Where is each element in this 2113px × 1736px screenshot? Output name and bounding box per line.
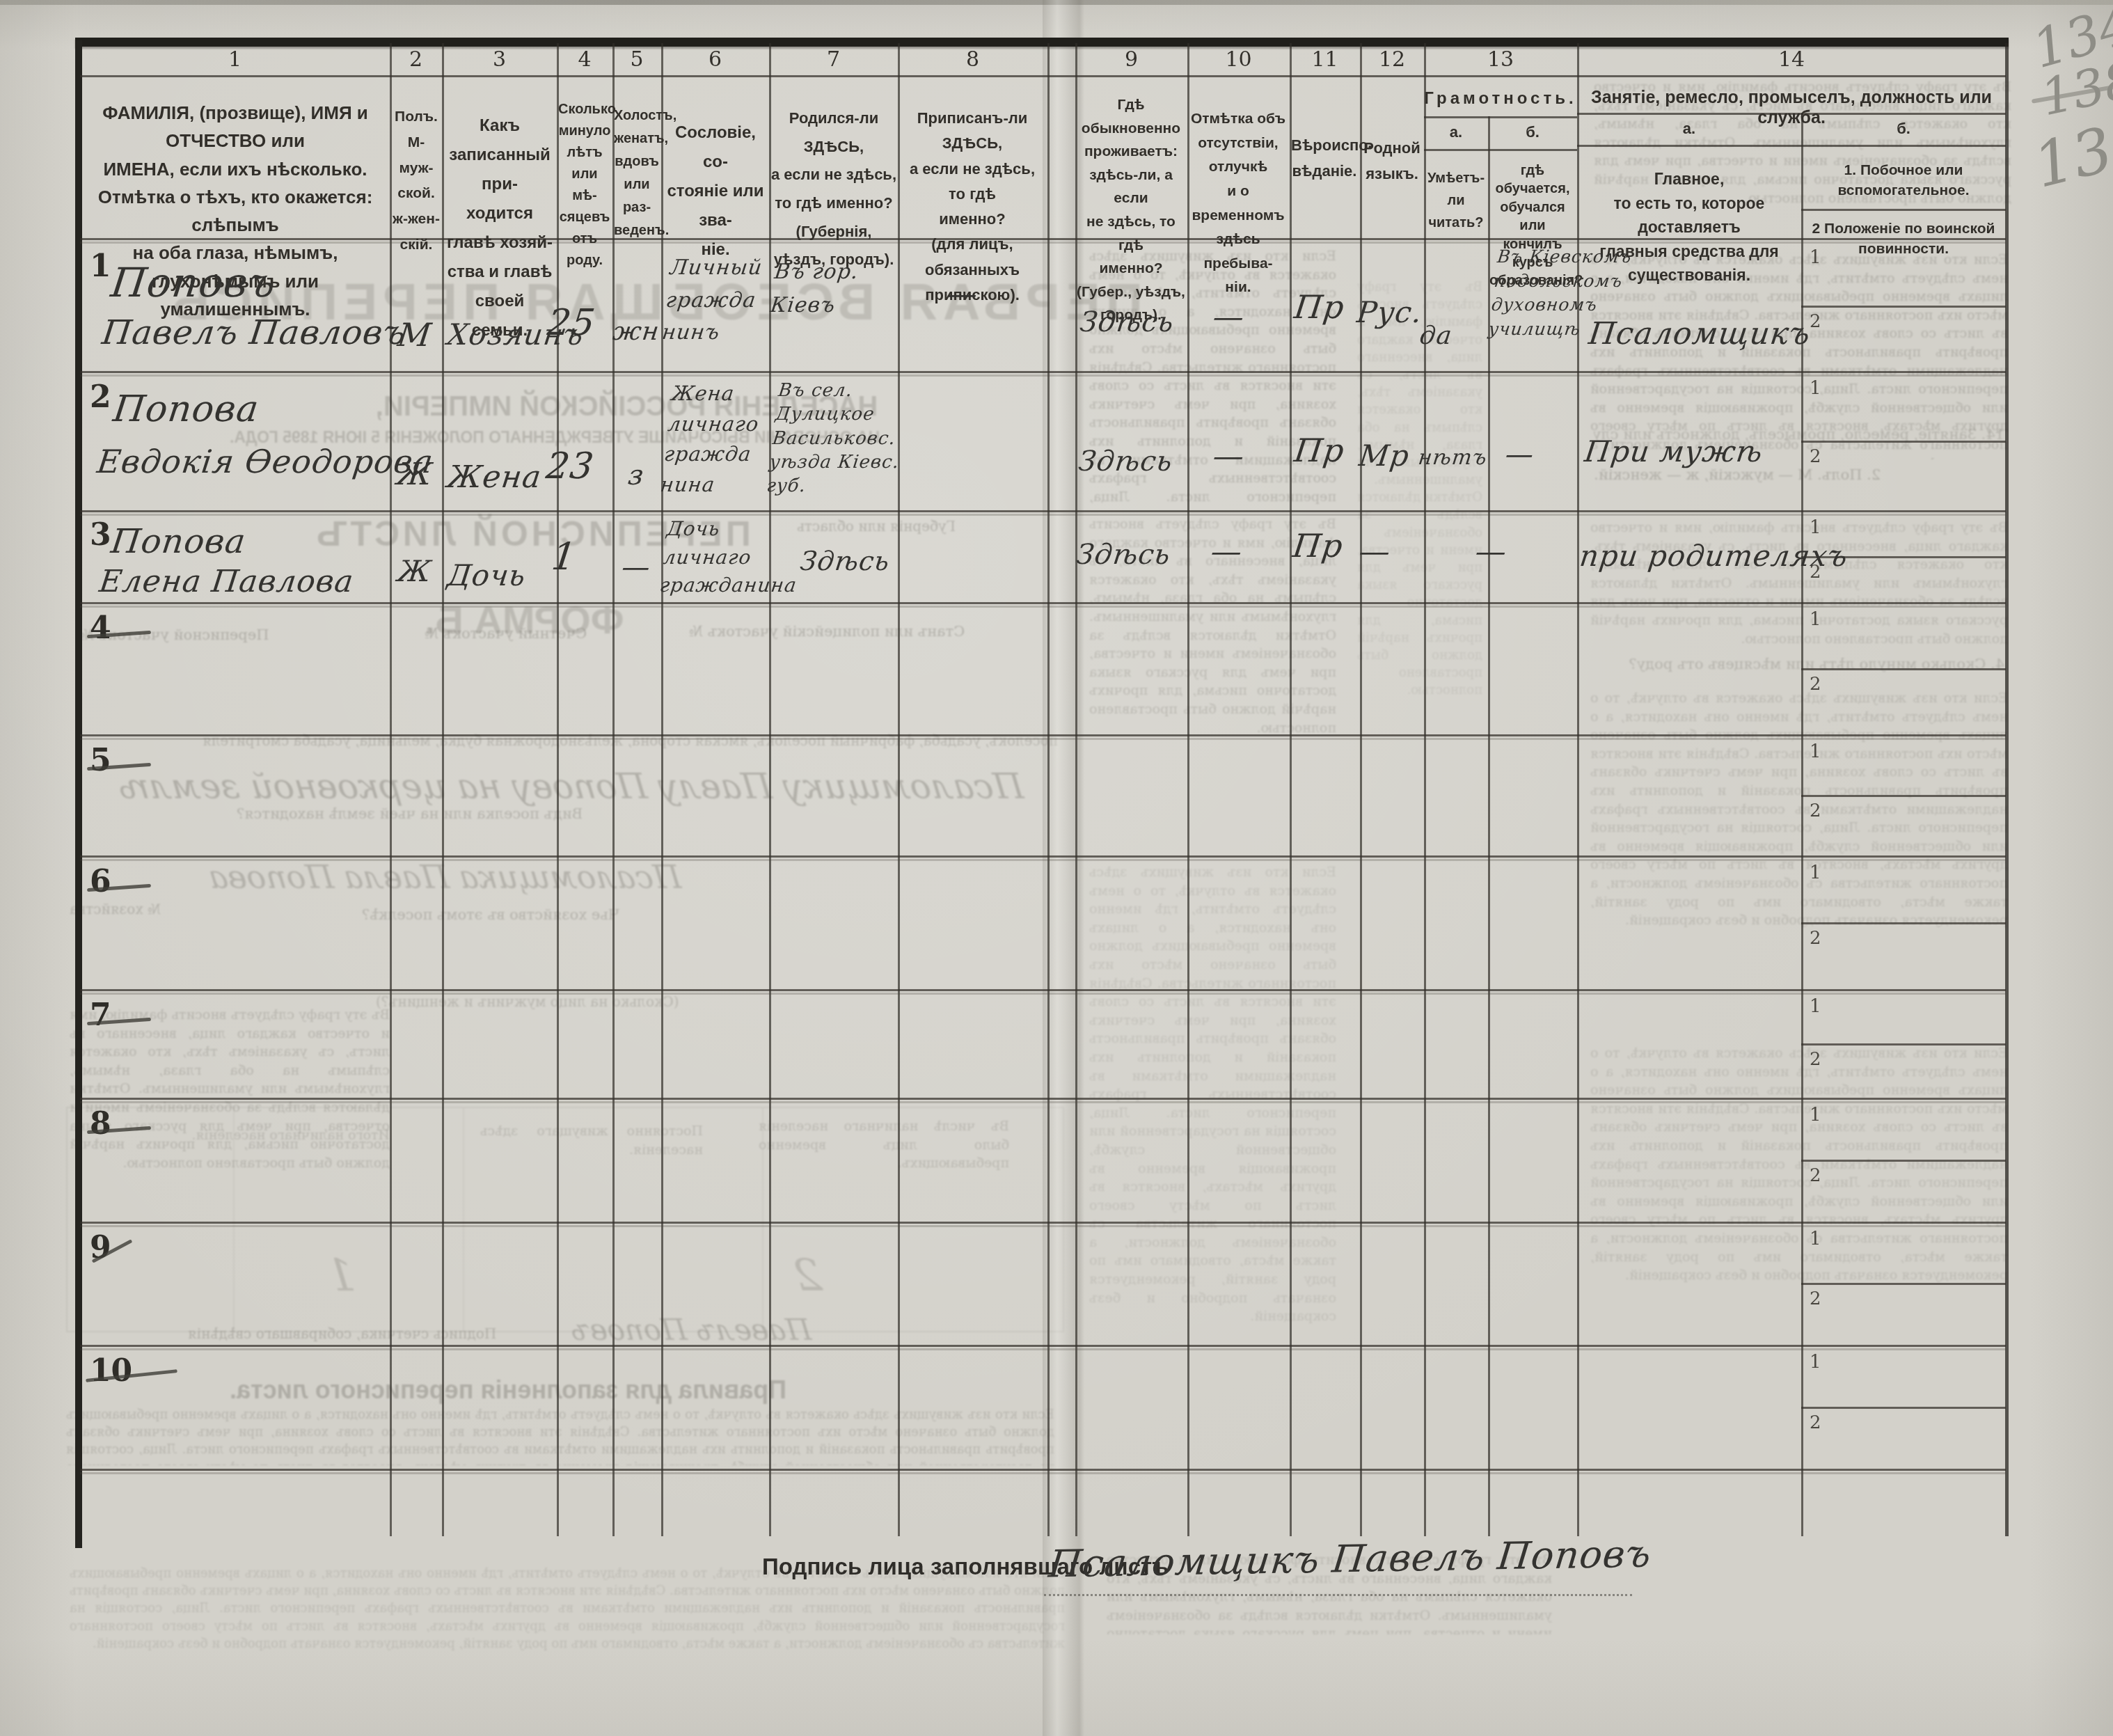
entry-age: 23 <box>544 445 596 487</box>
entry-sex: Ж <box>388 554 442 588</box>
header-col2: Полъ. М-муж- ской. ж-жен- скій. <box>391 104 441 258</box>
entry-literate: нѣтъ <box>1417 445 1489 470</box>
grid-line <box>1801 1283 2006 1285</box>
grid-line <box>80 1345 2006 1347</box>
sub-label-2: 2 <box>1810 1412 1821 1433</box>
entry-education: — <box>1503 439 1536 471</box>
entry-estate: Личный гражда нинъ <box>660 252 764 349</box>
header-col14b-2: 2 Положеніе по воинской повинности. <box>1804 219 2003 260</box>
row-number: 8 <box>90 1106 111 1142</box>
grid-line <box>442 43 444 1536</box>
header-col9: Гдѣ обыкновенно проживаетъ: здѣсь-ли, а … <box>1077 93 1185 327</box>
header-col14a-label: а. <box>1577 120 1801 138</box>
grid-line <box>1801 1407 2006 1409</box>
sub-label-2: 2 <box>1810 1165 1821 1186</box>
entry-absence: — <box>1209 534 1244 569</box>
header-col14b-1: 1. Побочное или вспомогательное. <box>1804 160 2003 201</box>
census-table: 1 2 3 4 5 6 7 8 9 10 11 12 13 14 ФАМИЛІЯ… <box>80 43 2006 1538</box>
grid-line <box>390 43 392 1536</box>
grid-line <box>1047 43 1050 1536</box>
entry-surname: Попова <box>109 522 248 561</box>
grid-line <box>80 1222 2006 1224</box>
column-number: 7 <box>769 47 898 72</box>
census-sheet-scan: ПЕРВАЯ ВСЕОБЩАЯ ПЕРЕПИСЬ НАСЕЛЕНІЯ РОССІ… <box>0 0 2113 1736</box>
sub-label-2: 2 <box>1810 928 1821 949</box>
entry-relation: Жена <box>445 459 544 495</box>
grid-line <box>1360 43 1362 1536</box>
entry-residence: Здѣсь <box>1078 306 1176 338</box>
entry-age: 25 <box>545 302 598 344</box>
entry-marital: з <box>610 459 662 491</box>
column-number: 2 <box>390 47 442 72</box>
sub-label-1: 1 <box>1810 1352 1821 1373</box>
column-number: 4 <box>557 47 612 72</box>
grid-line <box>80 75 2006 77</box>
header-col13-title: Грамотность. <box>1424 89 1577 109</box>
header-col6: Сословіе, со- стояніе или зва- ніе. <box>663 118 768 265</box>
sub-label-1: 1 <box>1810 247 1821 268</box>
column-number: 3 <box>442 47 557 72</box>
grid-line <box>1801 1043 2006 1045</box>
entry-marital: — <box>610 551 662 583</box>
header-col12: Родной языкъ. <box>1361 135 1423 187</box>
header-col3: Какъ записанный при- ходится главѣ хозяй… <box>445 111 555 345</box>
entry-occupation: при родителяхъ <box>1578 539 1850 573</box>
column-number: 14 <box>1577 47 2006 72</box>
row-number: 6 <box>90 864 111 899</box>
entry-religion: Пр <box>1292 288 1347 326</box>
header-col5: Холостъ, женатъ, вдовъ или раз- веденъ. <box>614 104 660 242</box>
column-number: 10 <box>1187 47 1290 72</box>
grid-line <box>80 510 2006 512</box>
sub-label-1: 1 <box>1810 609 1821 630</box>
grid-line <box>1290 43 1292 1536</box>
sub-label-1: 1 <box>1810 1229 1821 1249</box>
entry-occupation: При мужѣ <box>1583 434 1765 468</box>
entry-surname: Попова <box>111 388 261 430</box>
grid-line <box>1424 43 1426 1536</box>
entry-literate: — <box>1473 534 1509 569</box>
column-number: 1 <box>80 47 390 72</box>
header-col10: Отмѣтка объ отсутствіи, отлучкѣ и о врем… <box>1189 107 1288 300</box>
entry-name: Евдокія Ѳеодорова <box>95 443 436 480</box>
sub-label-2: 2 <box>1810 800 1821 821</box>
grid-line <box>80 855 2006 858</box>
sub-label-1: 1 <box>1810 517 1821 538</box>
entry-estate: Жена личнаго гражда нина <box>658 379 764 500</box>
grid-line <box>80 734 2006 736</box>
entry-name: Павелъ Павловъ <box>100 313 409 352</box>
column-number: 6 <box>661 47 769 72</box>
table-border-right <box>2005 43 2009 1536</box>
entry-name: Елена Павлова <box>97 564 356 599</box>
header-col13b-label: б. <box>1488 123 1577 141</box>
grid-line <box>80 371 2006 373</box>
entry-religion: Пр <box>1291 527 1345 565</box>
sub-label-2: 2 <box>1810 1288 1821 1309</box>
sub-label-2: 2 <box>1810 674 1821 695</box>
row-number: 5 <box>90 743 111 778</box>
entry-sex: Ж <box>388 457 442 492</box>
entry-birthplace: Здѣсь <box>798 546 892 576</box>
entry-literate: да <box>1418 322 1453 350</box>
entry-age: 1 <box>549 535 579 578</box>
grid-line <box>1801 668 2006 670</box>
grid-line <box>1801 795 2006 797</box>
header-col14b-label: б. <box>1801 120 2006 138</box>
column-number: 13 <box>1424 47 1577 72</box>
row-number: 10 <box>90 1353 132 1389</box>
sub-label-1: 1 <box>1810 996 1821 1017</box>
entry-language: Мр <box>1357 439 1411 473</box>
entry-residence: Здѣсь <box>1077 445 1174 478</box>
grid-line <box>80 1469 2006 1471</box>
entry-estate: Дочь личнаго гражданина <box>658 515 806 600</box>
entry-absence: — <box>1211 299 1247 335</box>
entry-birthplace: Въ гор. Кіевъ <box>768 255 860 322</box>
grid-line <box>80 989 2006 991</box>
header-col4: Сколько минуло лѣтъ или мѣ- сяцевъ отъ р… <box>558 99 611 271</box>
column-number: 9 <box>1075 47 1187 72</box>
grid-line <box>1424 149 1577 151</box>
grid-line <box>612 43 615 1536</box>
sub-label-1: 1 <box>1810 862 1821 883</box>
entry-sex: М <box>388 316 443 354</box>
entry-registered: — <box>944 276 980 312</box>
row-number: 4 <box>90 610 111 646</box>
grid-line <box>1801 922 2006 924</box>
sub-label-2: 2 <box>1810 446 1821 467</box>
grid-line <box>1577 145 2006 147</box>
header-col13a-label: а. <box>1424 123 1488 141</box>
grid-line <box>80 602 2006 604</box>
entry-marital: жн <box>610 317 661 346</box>
row-number: 1 <box>90 248 111 284</box>
sub-label-2: 2 <box>1810 1049 1821 1070</box>
grid-line <box>1801 306 2006 308</box>
column-number: 5 <box>612 47 661 72</box>
row-number: 3 <box>90 517 111 553</box>
grid-line <box>80 1098 2006 1100</box>
entry-birthplace: Въ сел. Дулицкое Васильковс. уѣзда Кіевс… <box>765 379 909 498</box>
grid-line <box>661 43 663 1536</box>
entry-relation: Дочь <box>445 558 528 592</box>
header-col11: Вѣроиспо- вѣданіе. <box>1291 132 1358 184</box>
column-number: 8 <box>898 47 1047 72</box>
signature-value: Псаломщикъ Павелъ Поповъ <box>1047 1531 1654 1586</box>
table-border-left <box>75 40 82 1548</box>
sub-label-1: 1 <box>1810 1105 1821 1126</box>
entry-absence: — <box>1211 439 1247 474</box>
table-border-top <box>75 38 2009 47</box>
sub-label-1: 1 <box>1810 378 1821 399</box>
grid-line <box>1801 1160 2006 1162</box>
entry-occupation: Псаломщикъ <box>1587 316 1812 352</box>
entry-religion: Пр <box>1292 432 1347 469</box>
entry-language: Рус. <box>1355 295 1425 329</box>
header-col13a: Умѣетъ- ли читать? <box>1425 167 1487 234</box>
sub-label-1: 1 <box>1810 741 1821 762</box>
grid-line <box>1801 209 2006 211</box>
entry-residence: Здѣсь <box>1075 539 1172 571</box>
row-number: 2 <box>90 379 111 415</box>
header-col7: Родился-ли ЗДѢСЬ, а если не здѣсь, то гд… <box>771 104 896 274</box>
grid-line <box>1801 441 2006 443</box>
column-number: 12 <box>1360 47 1424 72</box>
signature-line <box>1044 1594 1632 1596</box>
grid-line <box>1424 116 1577 118</box>
column-number: 11 <box>1290 47 1360 72</box>
entry-language: — <box>1357 534 1393 569</box>
row-number: 7 <box>90 997 111 1033</box>
entry-surname: Поповъ <box>109 259 279 306</box>
